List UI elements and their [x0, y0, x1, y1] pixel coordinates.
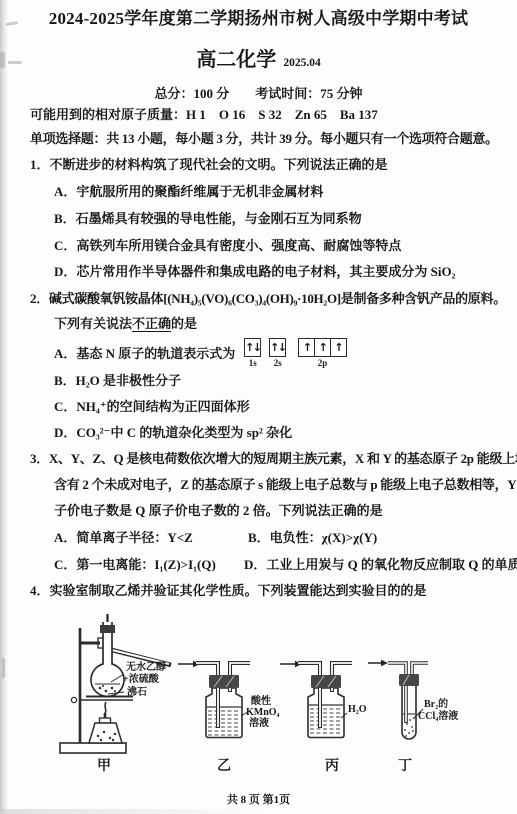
orbital-box: ↑↓: [269, 338, 286, 357]
atomic-mass-label: 可能用到的相对原子质量：: [30, 107, 186, 122]
orbital-box: ↑: [330, 338, 347, 357]
scan-edge-bottom: [0, 809, 270, 814]
alcohol-lamp-icon: [89, 702, 122, 743]
caption-ding: 丁: [398, 758, 412, 774]
q3-stem-line1: 3．X、Y、Z、Q 是核电荷数依次增大的短周期主族元素，X 和 Y 的基态原子 …: [30, 452, 517, 467]
q3-option-a: A．简单离子半径：Y<Z: [54, 531, 193, 546]
orbital-group-2s: ↑↓ 2s: [269, 338, 286, 368]
exam-paper-page: 2024-2025学年度第二学期扬州市树人高级中学期中考试 高二化学2025.0…: [0, 0, 517, 814]
q2-option-b: B．H₂O 是非极性分子: [54, 374, 181, 389]
water-label-text: H₂O: [348, 704, 367, 715]
emphasis-underlined: 不正确: [132, 316, 171, 332]
q4-stem: 4．实验室制取乙烯并验证其化学性质。下列装置能达到实验目的的是: [30, 584, 427, 599]
flask-label-line2: +浓硫酸: [123, 672, 160, 685]
q2-option-a: A．基态 N 原子的轨道表示式为 ↑↓ 1s ↑↓ 2s ↑ ↑ ↑ 2p: [54, 336, 355, 368]
br2-label-line2: CCl₄溶液: [418, 709, 458, 722]
q1-option-d: D．芯片常用作半导体器件和集成电路的电子材料，其主要成分为 SiO₂: [54, 265, 456, 280]
q2-substem: 下列有关说法不正确的是: [54, 317, 197, 332]
orbital-box: ↑: [314, 338, 331, 357]
q3-stem-line3: 子价电子数是 Q 原子价电子数的 2 倍。下列说法正确的是: [54, 504, 383, 519]
score-time-line: 总分：100 分 考试时间：75 分钟: [0, 87, 517, 102]
orbital-box: ↑: [298, 338, 315, 357]
kmno4-label: 酸性 KMnO₄ 溶液: [241, 694, 280, 729]
br2-ccl4-label: Br₂的 CCl₄溶液: [413, 697, 458, 722]
caption-jia: 甲: [97, 758, 111, 774]
test-tube-icon: [388, 663, 428, 739]
orbital-label-2s: 2s: [274, 358, 282, 368]
kmno4-label-line1: 酸性: [251, 694, 271, 707]
q3-option-c: C．第一电离能：I₁(Z)>I₁(Q): [54, 558, 216, 573]
kmno4-label-line2: KMnO₄: [246, 707, 280, 718]
q2-stem: 2．碱式碳酸氧钒铵晶体[(NH₄)₅(VO)₆(CO₃)₄(OH)₉·10H₂O…: [30, 292, 506, 307]
q1-option-c: C．高铁列车所用镁合金具有密度小、强度高、耐腐蚀等特点: [54, 239, 401, 254]
orbital-group-2p: ↑ ↑ ↑ 2p: [298, 338, 346, 368]
apparatus-diagram: 无水乙醇 +浓硫酸 沸石: [0, 612, 517, 782]
boiling-stones-label: 沸石: [127, 685, 147, 698]
gas-washing-bottle-2-icon: [298, 663, 352, 738]
gas-washing-bottle-1-icon: [196, 663, 250, 738]
flask-label-line1: 无水乙醇: [126, 660, 166, 673]
q3-option-d: D．工业上用炭与 Q 的氧化物反应制取 Q 的单质: [244, 558, 517, 573]
q2-option-d: D．CO₃²⁻中 C 的轨道杂化类型为 sp² 杂化: [54, 426, 292, 441]
section-instructions: 单项选择题：共 13 小题，每小题 3 分，共计 39 分。每小题只有一个选项符…: [30, 132, 498, 147]
subject-title: 高二化学: [196, 49, 276, 71]
q2-option-a-text: A．基态 N 原子的轨道表示式为: [54, 336, 235, 362]
atomic-mass-line: 可能用到的相对原子质量：H 1 O 16 S 32 Zn 65 Ba 137: [30, 108, 378, 123]
caption-yi: 乙: [217, 758, 231, 774]
page-title: 2024-2025学年度第二学期扬州市树人高级中学期中考试: [0, 9, 517, 29]
q3-option-b: B．电负性：χ(X)>χ(Y): [248, 531, 377, 546]
q1-option-b: B．石墨烯具有较强的导电性能，与金刚石互为同系物: [54, 212, 362, 227]
kmno4-label-line3: 溶液: [249, 716, 269, 729]
subject-line: 高二化学2025.04: [0, 49, 517, 72]
orbital-label-2p: 2p: [318, 358, 328, 368]
orbital-diagram: ↑↓ 1s ↑↓ 2s ↑ ↑ ↑ 2p: [244, 336, 354, 368]
q3-stem-line2: 含有 2 个未成对电子，Z 的基态原子 s 能级上电子总数与 p 能级上电子总数…: [54, 478, 517, 493]
q1-stem: 1．不断进步的材料构筑了现代社会的文明。下列说法正确的是: [30, 158, 388, 173]
page-footer: 共 8 页 第1页: [0, 794, 517, 807]
orbital-group-1s: ↑↓ 1s: [244, 338, 261, 368]
gas-flow-arrow-3: [368, 660, 388, 666]
caption-bing: 丙: [325, 758, 339, 774]
atomic-mass-values: H 1 O 16 S 32 Zn 65 Ba 137: [186, 107, 378, 122]
br2-label-line1: Br₂的: [424, 697, 448, 710]
q2-option-c: C．NH₄⁺的空间结构为正四面体形: [54, 400, 250, 415]
orbital-box: ↑↓: [244, 338, 261, 357]
orbital-label-1s: 1s: [249, 358, 257, 368]
q1-option-a: A．宇航服所用的聚酯纤维属于无机非金属材料: [54, 185, 323, 200]
water-label: H₂O: [341, 704, 367, 718]
exam-date: 2025.04: [283, 57, 320, 69]
